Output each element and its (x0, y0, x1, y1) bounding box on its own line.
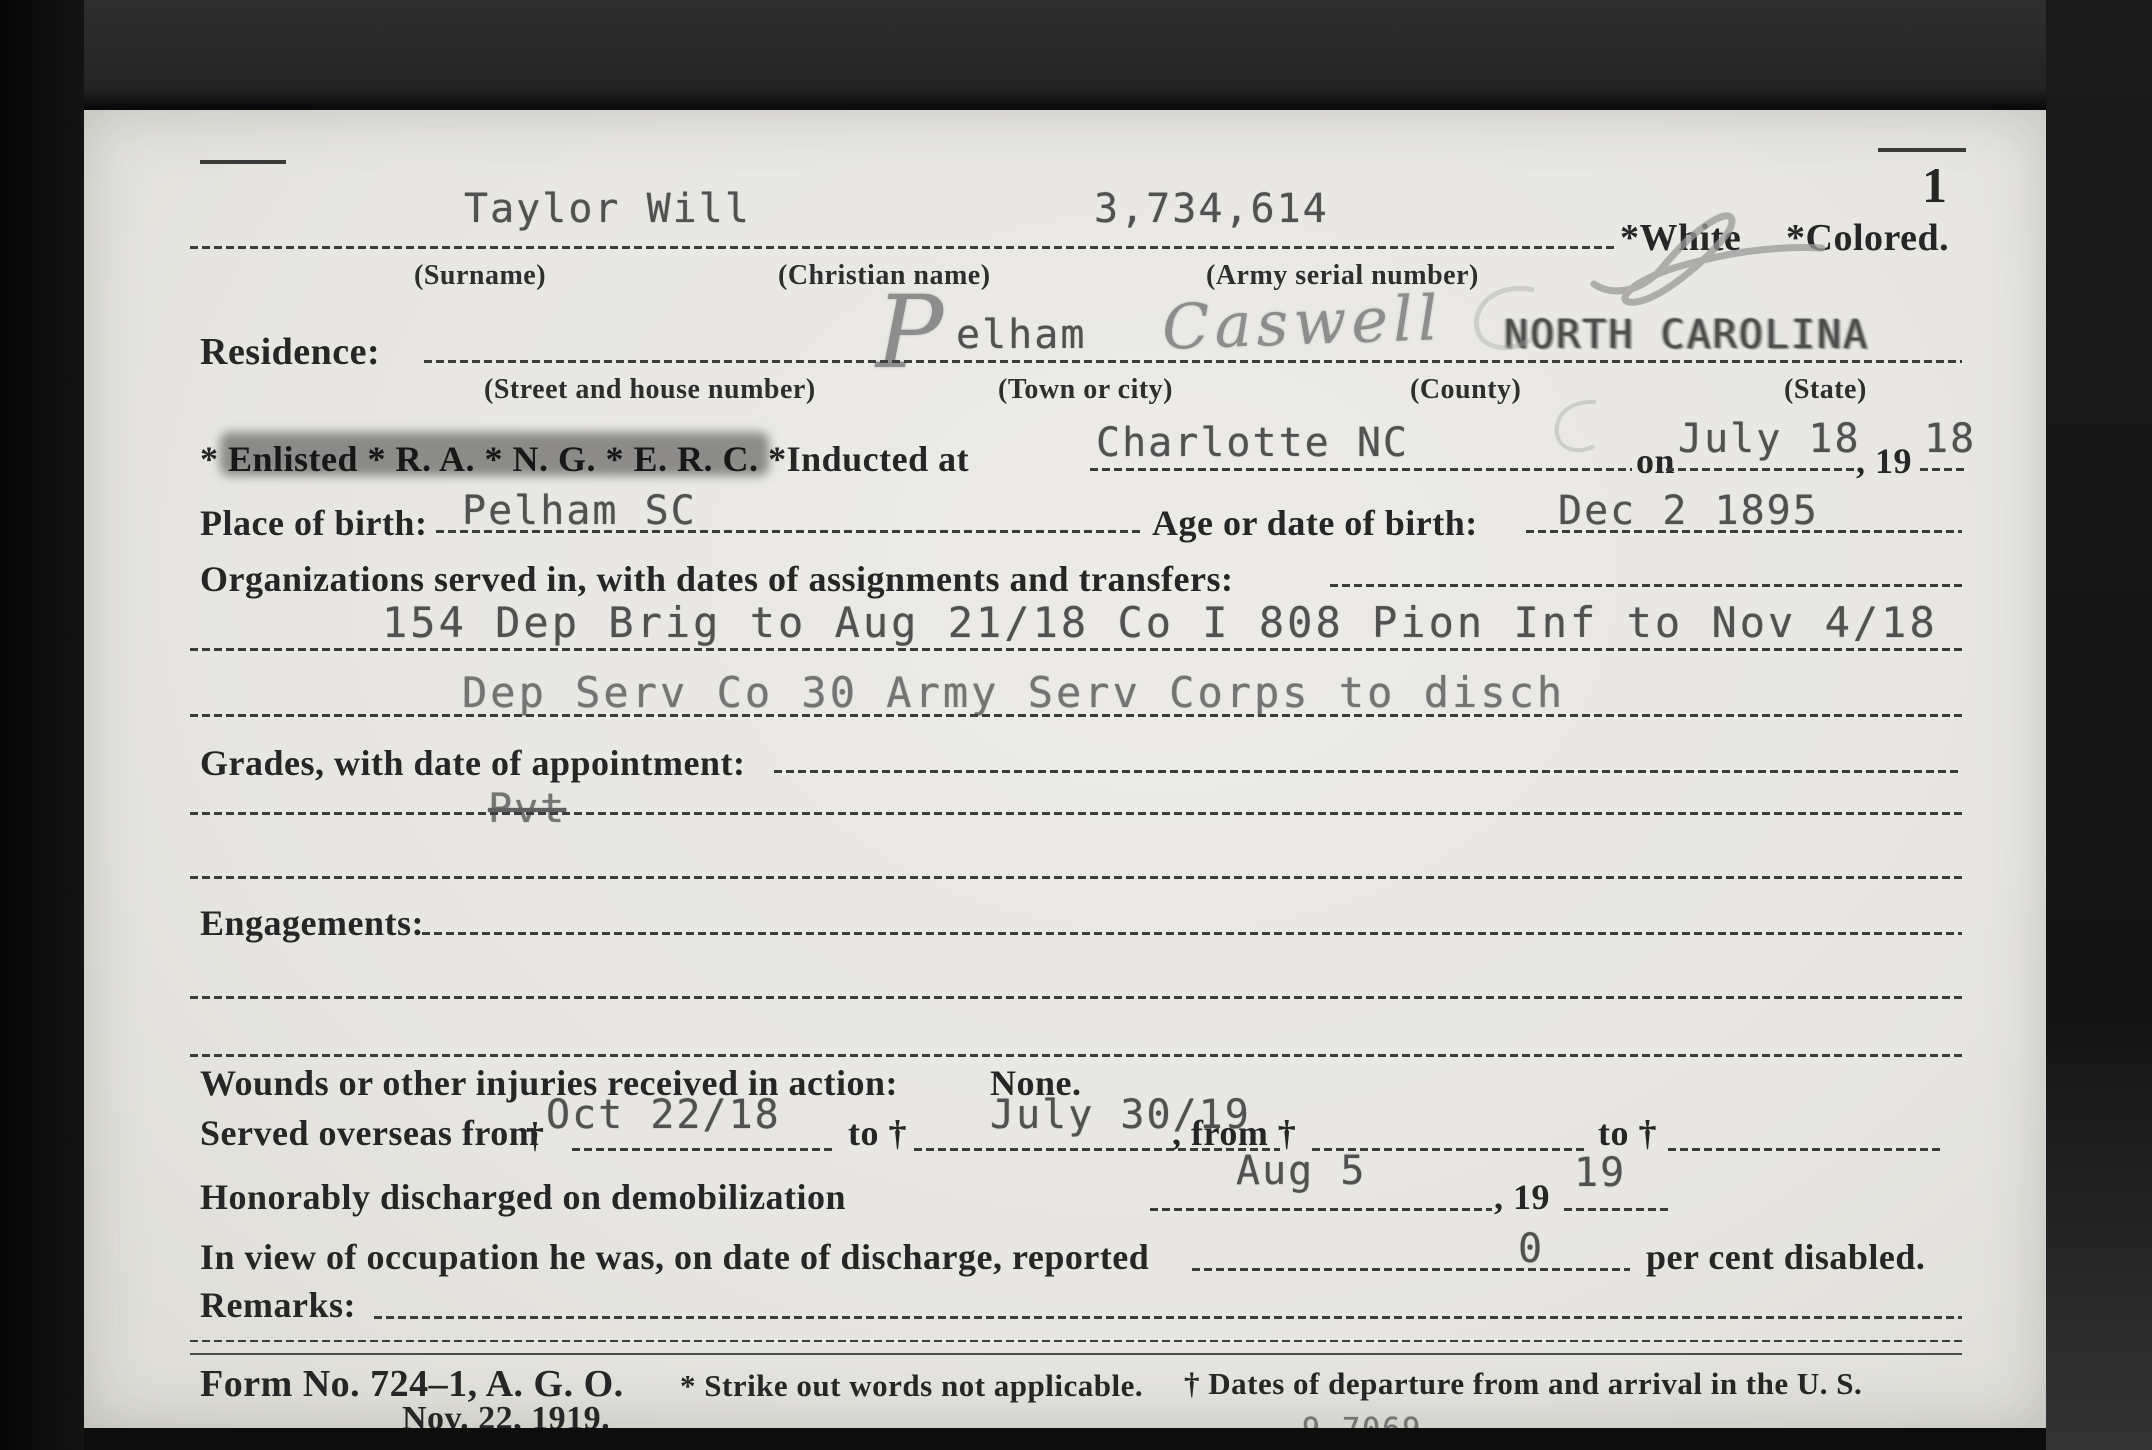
form-date: Nov. 22, 1919. (402, 1400, 610, 1428)
scan-border-left (0, 0, 84, 1450)
engagements-rule-head (422, 932, 1962, 935)
surname-label: (Surname) (414, 260, 546, 292)
overseas-rule1 (572, 1148, 834, 1151)
top-left-tick (200, 160, 286, 164)
organizations-label: Organizations served in, with dates of a… (200, 558, 1234, 600)
pencil-mark-faint-c (1546, 394, 1616, 458)
engagements-rule1 (190, 996, 1962, 999)
grades-rule-head (774, 770, 1962, 773)
disabled-rule (1192, 1268, 1630, 1271)
scan-border-bottom (84, 1428, 2046, 1450)
pencil-smudge-mark (1464, 278, 1554, 358)
discharge-rule1 (1150, 1208, 1492, 1211)
induction-on-label: on (1636, 440, 1675, 482)
place-of-birth-rule (436, 530, 1142, 533)
name-row-rule (190, 246, 1614, 249)
place-of-birth-label: Place of birth: (200, 502, 427, 544)
residence-state-typed: NORTH CAROLINA (1504, 312, 1869, 358)
graphite-smear (220, 432, 769, 476)
overseas-from-label: Served overseas from (200, 1112, 539, 1154)
engagements-label: Engagements: (200, 902, 424, 944)
page-number: 1 (1922, 156, 1948, 214)
state-label: (State) (1784, 374, 1867, 406)
induction-line: * Enlisted * R. A. * N. G. * E. R. C. *I… (200, 438, 969, 480)
footer-solid-rule (190, 1353, 1962, 1355)
birth-date-rule (1526, 530, 1962, 533)
induction-date-value: July 18 (1678, 416, 1861, 462)
discharge-year-value: 19 (1574, 1150, 1626, 1196)
remarks-label: Remarks: (200, 1284, 356, 1326)
grades-rule2 (190, 876, 1962, 879)
footer-dashed-rule (190, 1340, 1962, 1342)
pencil-scribble-over-white (1584, 206, 1844, 316)
discharge-rule2 (1564, 1208, 1672, 1211)
discharge-19-label: , 19 (1494, 1176, 1550, 1218)
top-right-tick (1878, 148, 1966, 152)
induction-year-rule (1920, 468, 1966, 471)
footnote-strikeout: * Strike out words not applicable. (680, 1368, 1143, 1404)
birth-date-value: Dec 2 1895 (1558, 488, 1819, 534)
place-of-birth-value: Pelham SC (462, 488, 697, 534)
overseas-to1-label: to † (848, 1112, 907, 1154)
overseas-rule4 (1668, 1148, 1944, 1151)
discharge-label: Honorably discharged on demobilization (200, 1176, 846, 1218)
street-label: (Street and house number) (484, 374, 816, 406)
disabled-suffix-label: per cent disabled. (1646, 1236, 1925, 1278)
residence-town-handwritten: P (876, 274, 943, 391)
residence-town-typed: elham (956, 312, 1086, 358)
organizations-line2: Dep Serv Co 30 Army Serv Corps to disch (462, 668, 1565, 717)
engagements-rule2 (190, 1054, 1962, 1057)
residence-county-handwritten: Caswell (1161, 281, 1444, 364)
grade-value: Pvt (488, 786, 566, 832)
residence-label: Residence: (200, 330, 380, 374)
struck-enlistment-options: Enlisted * R. A. * N. G. * E. R. C. (228, 438, 759, 480)
organizations-rule2 (190, 714, 1962, 717)
overseas-to2-label: to † (1598, 1112, 1657, 1154)
name-value: Taylor Will (464, 186, 751, 232)
grades-label: Grades, with date of appointment: (200, 742, 746, 784)
overseas-date1-value: Oct 22/18 (546, 1092, 781, 1138)
induction-year-value: 18 (1924, 416, 1976, 462)
remarks-rule (374, 1316, 1962, 1319)
scan-border-top (84, 0, 2046, 110)
footnote-dates: † Dates of departure from and arrival in… (1184, 1366, 1862, 1402)
overseas-dagger1: † (526, 1114, 545, 1156)
scan-border-right (2046, 0, 2152, 1450)
induction-place-value: Charlotte NC (1096, 420, 1409, 466)
organizations-rule1 (190, 648, 1962, 651)
town-label: (Town or city) (998, 374, 1173, 406)
induction-date-rule (1666, 468, 1858, 471)
record-card: 1 Taylor Will 3,734,614 *White *Colored.… (84, 110, 2046, 1428)
serial-number-value: 3,734,614 (1094, 186, 1329, 232)
organizations-rule-head (1330, 584, 1962, 587)
induction-19-label: , 19 (1856, 440, 1912, 482)
disabled-label: In view of occupation he was, on date of… (200, 1236, 1149, 1278)
disabled-value: 0 (1518, 1226, 1544, 1272)
organizations-line1: 154 Dep Brig to Aug 21/18 Co I 808 Pion … (382, 598, 1938, 647)
residence-rule (424, 360, 1962, 363)
induction-place-rule (1090, 468, 1632, 471)
grades-rule1 (190, 812, 1962, 815)
inducted-at-label: *Inducted at (759, 439, 970, 479)
discharge-date-value: Aug 5 (1236, 1148, 1366, 1194)
scanned-service-record: 1 Taylor Will 3,734,614 *White *Colored.… (0, 0, 2152, 1450)
age-label: Age or date of birth: (1152, 502, 1478, 544)
print-code: 9—7069 (1302, 1412, 1422, 1428)
county-label: (County) (1410, 374, 1521, 406)
